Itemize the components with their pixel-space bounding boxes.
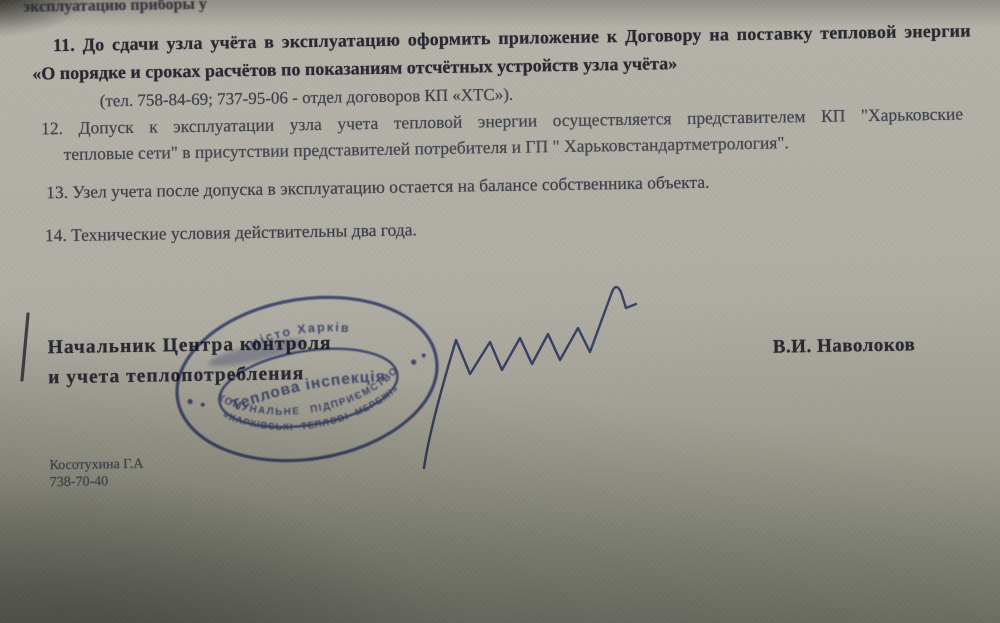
contact-name: Косотухина Г.А [49,457,143,475]
approver-name: В.И. Наволоков [773,334,916,358]
item-14: 14. Технические условия действительны дв… [45,219,417,246]
handwritten-signature [380,278,670,478]
item-11-phone-line: (тел. 758-84-69; 737-95-06 - отдел догов… [100,85,514,112]
item-13: 13. Узел учета после допуска в эксплуата… [46,172,710,204]
contact-phone: 738-70-40 [50,474,109,491]
document-photo: эксплуатацию приборы у 11. До сдачи узла… [0,0,1000,623]
pen-mark [18,312,32,384]
clipped-top-line: эксплуатацию приборы у [23,0,207,17]
item-11-line-1: 11. До сдачи узла учёта в эксплуатацию о… [53,20,971,56]
item-11-line-2: «О порядке и сроках расчётов по показани… [32,53,677,84]
